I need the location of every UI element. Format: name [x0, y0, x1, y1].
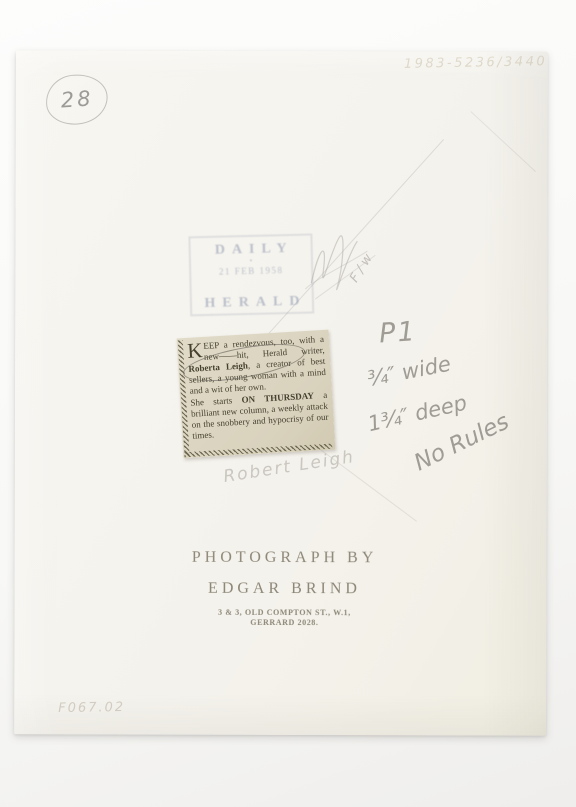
fw-scribble-note: F/w	[347, 248, 378, 285]
clipping-paragraph-2: She starts ON THURSDAY a brilliant new c…	[190, 390, 329, 442]
bottom-left-code: F067.02	[58, 700, 125, 716]
stamp-bottom-text: HERALD	[192, 294, 312, 313]
depth-annotation: 1¾″ deep	[366, 390, 470, 436]
catalog-number: 1983-5236/3440	[404, 54, 548, 72]
credit-address: 3 & 3, OLD COMPTON ST., W.1,	[14, 607, 554, 617]
circled-number-annotation: 28	[43, 71, 111, 128]
photographer-credit-block: PHOTOGRAPH BY EDGAR BRIND 3 & 3, OLD COM…	[14, 548, 554, 627]
credit-line-1: PHOTOGRAPH BY	[15, 548, 555, 567]
stamp-date: 21 FEB 1958	[191, 265, 311, 278]
page-ref-annotation: P1	[378, 316, 417, 349]
daily-herald-stamp: DAILY • 21 FEB 1958 HERALD	[188, 233, 314, 316]
newspaper-clipping: KEEP a rendezvous, too, with a new——hit,…	[177, 330, 336, 459]
width-annotation: ¾″ wide	[366, 352, 453, 391]
credit-line-2: EDGAR BRIND	[14, 579, 554, 598]
credit-phone: GERRARD 2028.	[14, 617, 554, 627]
photo-back-paper: 28 1983-5236/3440 DAILY • 21 FEB 1958 HE…	[14, 50, 548, 735]
corner-number-text: 28	[60, 86, 94, 112]
